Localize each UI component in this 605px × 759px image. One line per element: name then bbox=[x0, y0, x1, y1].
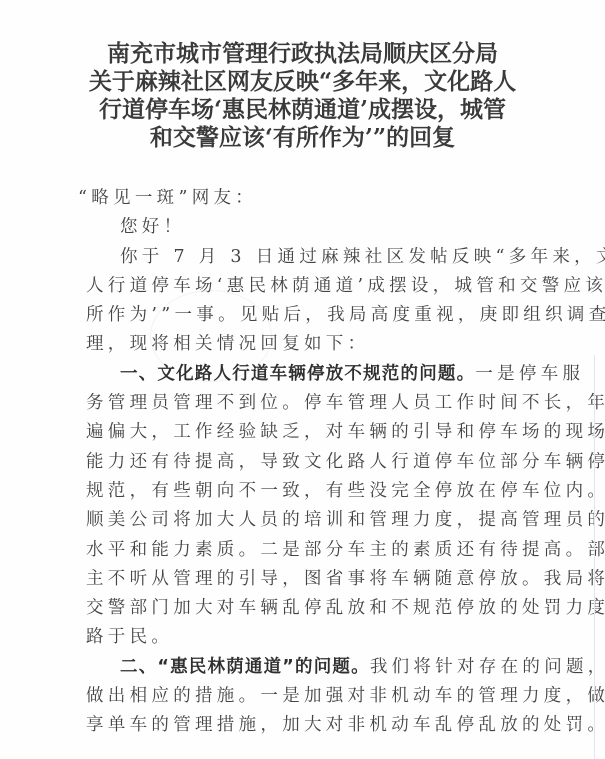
section1-line: 交警部门加大对车辆乱停乱放和不规范停放的处罚力度，还 bbox=[86, 594, 516, 623]
salutation: “略见一斑”网友： bbox=[78, 184, 516, 213]
section2-first-line-rest: 我们将针对存在的问题， bbox=[370, 657, 605, 677]
intro-line: 人行道停车场‘惠民林荫通道’成摆设，城管和交警应该‘有 bbox=[86, 272, 516, 301]
title-line: 和交警应该‘有所作为’”的回复 bbox=[60, 124, 545, 152]
document-body: “略见一斑”网友： 您好！ 你于 7 月 3 日通过麻辣社区发帖反映“多年来，文… bbox=[86, 184, 516, 741]
section1-line: 主不听从管理的引导，图省事将车辆随意停放。我局将配合 bbox=[86, 565, 516, 594]
section1-line: 水平和能力素质。二是部分车主的素质还有待提高。部分车 bbox=[86, 536, 516, 565]
section1-line: 规范，有些朝向不一致，有些没完全停放在停车位内。下步， bbox=[86, 477, 516, 506]
section1-line: 遍偏大，工作经验缺乏，对车辆的引导和停车场的现场管理 bbox=[86, 418, 516, 447]
intro-line: 你于 7 月 3 日通过麻辣社区发帖反映“多年来，文化路 bbox=[86, 243, 516, 272]
title-line: 行道停车场‘惠民林荫通道’成摆设，城管 bbox=[60, 96, 545, 124]
section2-line: 做出相应的措施。一是加强对非机动车的管理力度，做好共 bbox=[86, 682, 516, 711]
section1-line: 务管理员管理不到位。停车管理人员工作时间不长，年纪普 bbox=[86, 389, 516, 418]
document-page: 南充市城市管理行政执法局顺庆区分局 关于麻辣社区网友反映“多年来，文化路人 行道… bbox=[0, 0, 605, 759]
section2-heading: 二、“惠民林荫通道”的问题。 bbox=[120, 657, 370, 677]
intro-line: 理，现将相关情况回复如下： bbox=[86, 330, 516, 359]
section1-first-line: 一、文化路人行道车辆停放不规范的问题。一是停车服 bbox=[86, 360, 516, 389]
section1-line: 顺美公司将加大人员的培训和管理力度，提高管理员的业务 bbox=[86, 506, 516, 535]
section2-line: 享单车的管理措施，加大对非机动车乱停乱放的处罚。二是 bbox=[86, 711, 516, 740]
section1-line: 能力还有待提高，导致文化路人行道停车位部分车辆停车不 bbox=[86, 448, 516, 477]
scan-edge-line bbox=[594, 355, 595, 759]
section1-first-line-rest: 一是停车服 bbox=[475, 364, 584, 384]
section1-heading: 一、文化路人行道车辆停放不规范的问题。 bbox=[120, 364, 475, 384]
title-line: 南充市城市管理行政执法局顺庆区分局 bbox=[60, 40, 545, 68]
section2-first-line: 二、“惠民林荫通道”的问题。我们将针对存在的问题， bbox=[86, 653, 516, 682]
section1-line: 路于民。 bbox=[86, 623, 516, 652]
intro-line: 所作为’”一事。见贴后，我局高度重视，庚即组织调查处 bbox=[86, 301, 516, 330]
greeting: 您好！ bbox=[86, 213, 516, 242]
document-title: 南充市城市管理行政执法局顺庆区分局 关于麻辣社区网友反映“多年来，文化路人 行道… bbox=[60, 40, 545, 152]
title-line: 关于麻辣社区网友反映“多年来，文化路人 bbox=[60, 68, 545, 96]
